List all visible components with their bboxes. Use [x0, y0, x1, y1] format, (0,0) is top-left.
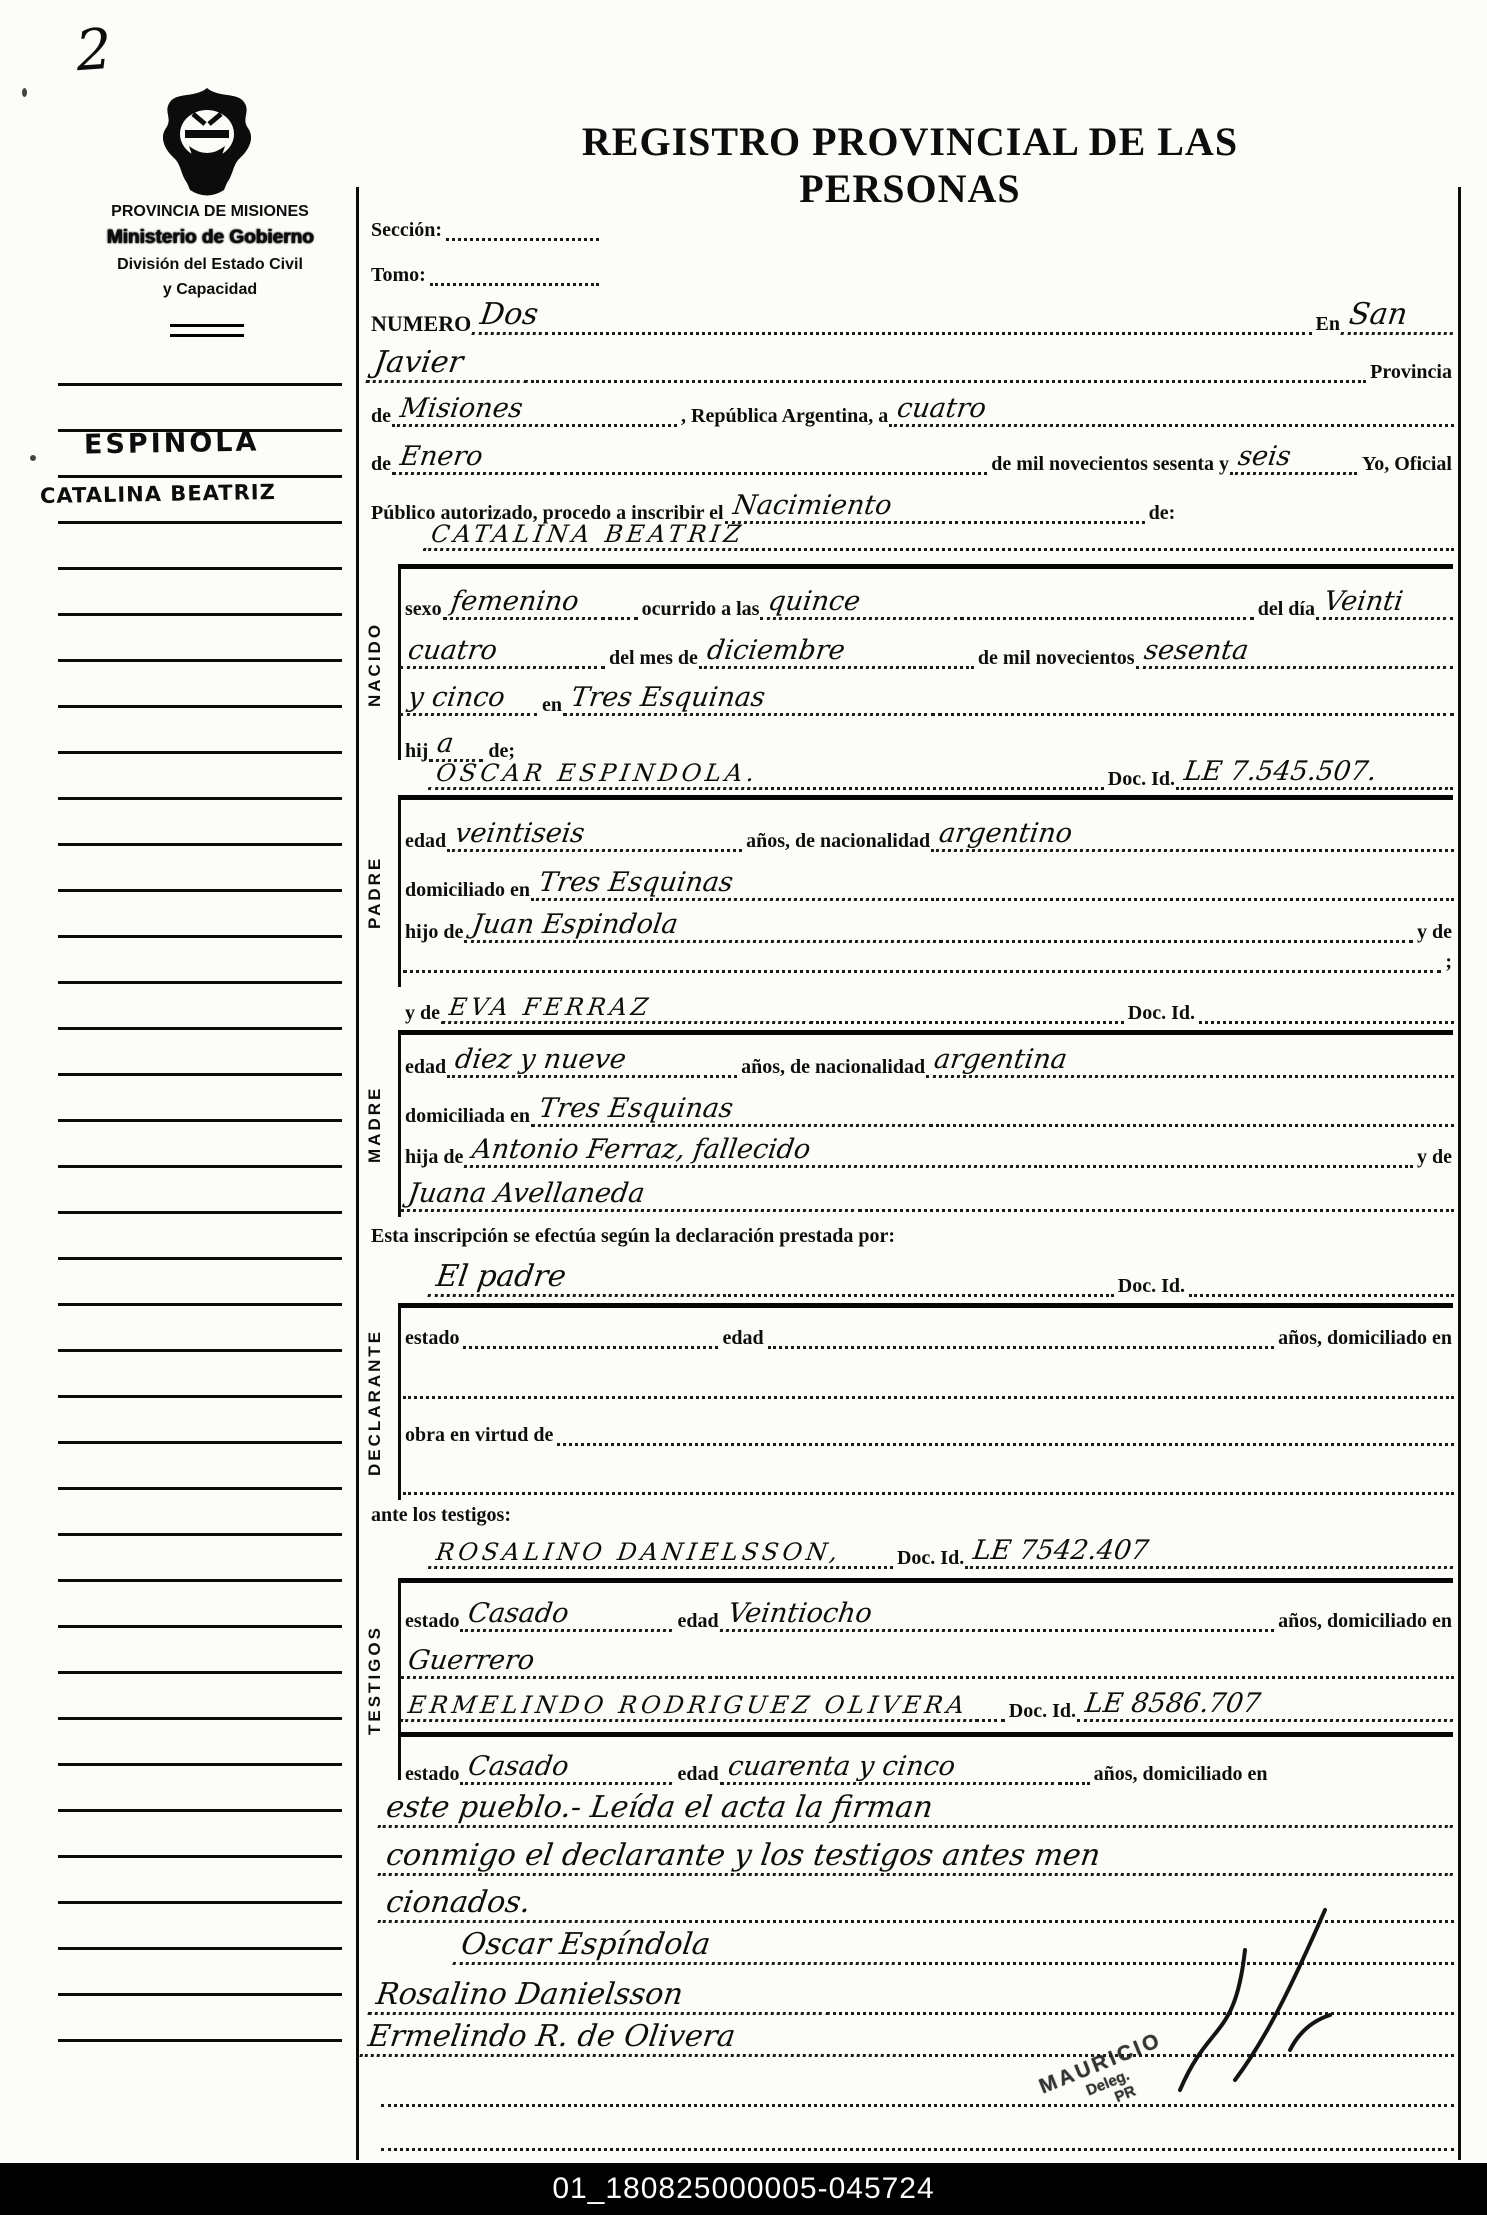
row-closing-2: conmigo el declarante y los testigos ant…	[380, 1841, 1455, 1876]
ink-speck	[30, 455, 36, 461]
month-value: Enero	[392, 443, 558, 475]
fecha-dots	[557, 466, 987, 475]
padre-nac-dots	[1211, 843, 1454, 852]
padre-doc-label: Doc. Id.	[1105, 769, 1178, 790]
row-fecha: de Enero de mil novecientos sesenta y se…	[368, 443, 1455, 475]
en-label: En	[1313, 314, 1343, 335]
madre-abuela: Juana Avellaneda	[400, 1180, 866, 1212]
year-value: seis	[1230, 443, 1361, 475]
day-dots	[1109, 418, 1454, 427]
madre-nac-value: argentina	[926, 1046, 1217, 1078]
row-provincia: de Misiones , República Argentina, a cua…	[368, 395, 1455, 427]
mes-label: del mes de	[606, 648, 701, 669]
hora-value: quince	[760, 588, 961, 620]
signature-witness-1: Rosalino Danielsson	[368, 1980, 835, 2015]
testigos-bracket	[398, 1580, 401, 1780]
madre-dom-label: domiciliada en	[402, 1106, 533, 1127]
letterhead-division2: y Capacidad	[55, 281, 365, 299]
padre-nombre: OSCAR ESPINDOLA.	[428, 761, 766, 790]
padre-hijo-label: hijo de	[402, 922, 466, 943]
act-value: Nacimiento	[724, 492, 955, 524]
scan-footer-bar: 01_180825000005-045724	[0, 2163, 1487, 2215]
declarante-edad-label: edad	[719, 1328, 766, 1349]
margin-given-names: CATALINA BEATRIZ	[40, 480, 276, 508]
row-madre-edad: edad diez y nueve años, de nacionalidad …	[402, 1046, 1455, 1078]
final-blank-2	[381, 2142, 1454, 2151]
closing-line-3: cionados.	[378, 1888, 655, 1923]
dia2-value: cuatro	[400, 637, 576, 669]
testigo2-dom-label: años, domiciliado en	[1091, 1764, 1271, 1785]
testigo1-heavy-rule	[398, 1578, 1453, 1583]
row-testigo1-nombre: ROSALINO DANIELSSON, Doc. Id. LE 7542.40…	[430, 1537, 1455, 1569]
margin-surname: ESPINOLA	[84, 426, 260, 460]
hijo-label: hij	[402, 741, 431, 762]
row-padre-dom: domiciliado en Tres Esquinas	[402, 869, 1455, 901]
mes-dots1	[575, 660, 605, 669]
declarante-estado-blank	[463, 1340, 718, 1349]
row-padre-hijo: hijo de Juan Espindola y de	[402, 911, 1455, 943]
madre-edad-value: diez y nueve	[447, 1046, 698, 1078]
scanned-birth-certificate: 2 PROVINCIA DE MISIONES Ministerio de Go…	[0, 0, 1487, 2215]
hora-dots	[960, 611, 1253, 620]
padre-edad-dots	[697, 843, 742, 852]
de3-label: de:	[1146, 503, 1179, 524]
row-madre-nombre: y de EVA FERRAZ Doc. Id.	[402, 995, 1455, 1024]
seccion-blank	[446, 232, 599, 241]
anio-label: de mil novecientos	[975, 648, 1138, 669]
testigo2-heavy-rule	[398, 1732, 1453, 1737]
place-value-2: Javier	[366, 348, 533, 383]
testigo1-dots	[848, 1560, 893, 1569]
provincia-dots	[547, 418, 677, 427]
madre-dom-dots	[936, 1118, 1454, 1127]
republica-label: , República Argentina, a	[678, 406, 891, 427]
child-name: CATALINA BEATRIZ	[423, 522, 752, 551]
padre-dom-value: Tres Esquinas	[531, 869, 932, 901]
testigo2-dots	[975, 1713, 1005, 1722]
testigo1-doc-value: LE 7542.407	[965, 1537, 1457, 1569]
padre-abuelo: Juan Espindola	[464, 911, 940, 943]
declarante-estado-label: estado	[402, 1328, 462, 1349]
declarante-heavy-rule	[398, 1303, 1453, 1308]
madre-edad-dots	[697, 1069, 737, 1078]
row-nacido-nombre: CATALINA BEATRIZ	[425, 522, 1455, 551]
testigo2-doc-value: LE 8586.707	[1077, 1690, 1457, 1722]
madre-doc-blank	[1199, 1015, 1454, 1024]
mes-value: diciembre	[699, 637, 920, 669]
testigo1-nombre: ROSALINO DANIELSSON,	[428, 1540, 849, 1569]
row-padre-edad: edad veintiseis años, de nacionalidad ar…	[402, 820, 1455, 852]
testigo2-edad-label: edad	[674, 1764, 721, 1785]
testigo1-estado-value: Casado	[460, 1600, 676, 1632]
nacido-heavy-rule	[398, 564, 1453, 569]
row-closing-1: este pueblo.- Leída el acta la firman	[380, 1793, 1455, 1828]
madre-heavy-rule	[398, 1030, 1453, 1035]
madre-abuela-dots	[865, 1203, 1454, 1212]
dia-label: del día	[1255, 599, 1318, 620]
declarante-doc-blank	[1189, 1288, 1454, 1297]
padre-dom-dots	[931, 892, 1454, 901]
padre-hijo-dots	[939, 934, 1413, 943]
padre-nac-label: años, de nacionalidad	[743, 831, 933, 852]
numero-value: Dos	[472, 300, 546, 335]
nombre-dots	[751, 542, 1454, 551]
province-value: Misiones	[392, 395, 548, 427]
year-label: de mil novecientos sesenta y	[988, 454, 1232, 475]
padre-y-de-label: y de	[1414, 922, 1455, 943]
letterhead-division: División del Estado Civil	[55, 256, 365, 274]
form-right-border	[1458, 187, 1461, 2160]
padre-bracket	[398, 797, 401, 987]
dia-value: Veinti	[1316, 588, 1457, 620]
row-padre-abuela: ;	[402, 952, 1455, 973]
madre-doc-label: Doc. Id.	[1125, 1003, 1198, 1024]
madre-hija-dots	[1034, 1159, 1413, 1168]
hora-label: ocurrido a las	[639, 599, 763, 620]
form-title: REGISTRO PROVINCIAL DE LAS PERSONAS	[480, 118, 1340, 212]
declarante-blank1	[403, 1390, 1454, 1399]
lugar-dots	[938, 707, 1454, 716]
declarante-doc-label: Doc. Id.	[1115, 1276, 1188, 1297]
testigo2-estado-value: Casado	[460, 1753, 676, 1785]
row-lugar: y cinco en Tres Esquinas	[402, 684, 1455, 716]
de-label: de	[368, 406, 394, 427]
padre-abuela-dots	[403, 964, 1441, 973]
provincial-crest-icon	[155, 86, 259, 202]
madre-edad-label: edad	[402, 1057, 449, 1078]
testigo2-nombre: ERMELINDO RODRIGUEZ OLIVERA	[400, 1693, 976, 1722]
signature-witness-2: Ermelindo R. de Olivera	[360, 2022, 907, 2057]
madre-nac-dots	[1216, 1069, 1454, 1078]
numero-dots	[545, 326, 1312, 335]
padre-nombre-dots	[765, 781, 1104, 790]
declarante-bracket	[398, 1305, 401, 1500]
testigo1-dom-value: Guerrero	[400, 1647, 716, 1679]
ink-speck	[22, 88, 27, 97]
place2-dots	[531, 374, 1366, 383]
section-label-padre: PADRE	[357, 797, 393, 987]
row-tomo: Tomo:	[368, 265, 600, 286]
row-declarante-estado: estado edad años, domiciliado en	[402, 1328, 1455, 1349]
madre-nac-label: años, de nacionalidad	[738, 1057, 928, 1078]
padre-heavy-rule	[398, 795, 1453, 800]
testigo2-edad-dots	[1065, 1776, 1090, 1785]
declarante-nombre-dots	[723, 1288, 1114, 1297]
testigo2-doc-label: Doc. Id.	[1006, 1701, 1079, 1722]
testigo1-dom-dots	[715, 1670, 1454, 1679]
testigo1-edad-dots	[990, 1623, 1275, 1632]
signature-declarant: Oscar Espíndola	[453, 1930, 900, 1965]
section-label-madre: MADRE	[357, 1032, 393, 1217]
declarante-blank2	[403, 1486, 1454, 1495]
row-testigo1-estado: estado Casado edad Veintiocho años, domi…	[402, 1600, 1455, 1632]
declarante-obra-label: obra en virtud de	[402, 1425, 556, 1446]
declarante-obra-blank	[557, 1437, 1454, 1446]
anio-value: sesenta	[1135, 637, 1457, 669]
declarante-edad-blank	[768, 1340, 1275, 1349]
page-number-handwritten: 2	[74, 17, 114, 84]
tomo-blank	[430, 277, 599, 286]
row-testigo2-estado: estado Casado edad cuarenta y cinco años…	[402, 1753, 1455, 1785]
row-place2: Javier Provincia	[368, 348, 1455, 383]
padre-edad-label: edad	[402, 831, 449, 852]
madre-nombre: EVA FERRAZ	[441, 995, 817, 1024]
anio2-value: y cinco	[400, 684, 541, 716]
row-seccion: Sección:	[368, 220, 600, 241]
row-testigo1-dom: Guerrero	[402, 1647, 1455, 1679]
section-label-declarante: DECLARANTE	[357, 1305, 393, 1500]
row-declarante-blank2	[402, 1486, 1455, 1495]
madre-y-de-label: y de	[402, 1003, 443, 1024]
row-declarante-blank1	[402, 1390, 1455, 1399]
testigos-intro: ante los testigos:	[368, 1505, 514, 1526]
testigo2-estado-label: estado	[402, 1764, 462, 1785]
madre-bracket	[398, 1032, 401, 1217]
de2-label: de	[368, 454, 394, 475]
sexo-dots	[608, 611, 638, 620]
scan-footer-code: 01_180825000005-045724	[552, 2172, 934, 2206]
madre-dom-value: Tres Esquinas	[531, 1095, 937, 1127]
provincia-label: Provincia	[1367, 362, 1455, 383]
letterhead-org: PROVINCIA DE MISIONES	[55, 203, 365, 221]
row-testigo2-nombre: ERMELINDO RODRIGUEZ OLIVERA Doc. Id. LE …	[402, 1690, 1455, 1722]
lugar-value: Tres Esquinas	[563, 684, 939, 716]
madre-hija-label: hija de	[402, 1147, 466, 1168]
mes-dots2	[919, 660, 974, 669]
padre-doc-value: LE 7.545.507.	[1176, 758, 1457, 790]
sexo-value: femenino	[442, 588, 608, 620]
padre-nac-value: argentino	[931, 820, 1212, 852]
padre-edad-value: veintiseis	[447, 820, 698, 852]
madre-nombre-dots	[816, 1015, 1124, 1024]
sexo-label: sexo	[402, 599, 445, 620]
numero-label: NUMERO	[368, 312, 474, 335]
row-declarante-nombre: El padre Doc. Id.	[430, 1262, 1455, 1297]
row-madre-dom: domiciliada en Tres Esquinas	[402, 1095, 1455, 1127]
declarante-dom-label: años, domiciliado en	[1275, 1328, 1455, 1349]
testigo1-edad-label: edad	[674, 1611, 721, 1632]
testigo1-doc-label: Doc. Id.	[894, 1548, 967, 1569]
row-mes: cuatro del mes de diciembre de mil novec…	[402, 637, 1455, 669]
section-label-nacido: NACIDO	[357, 568, 393, 760]
madre-abuelo: Antonio Ferraz, fallecido	[464, 1136, 1035, 1168]
padre-semicolon: ;	[1442, 952, 1455, 973]
row-numero: NUMERO Dos En San	[368, 300, 1455, 335]
tomo-label: Tomo:	[368, 265, 429, 286]
day-value: cuatro	[889, 395, 1110, 427]
row-madre-abuela: Juana Avellaneda	[402, 1180, 1455, 1212]
en-lugar-label: en	[539, 695, 565, 716]
row-padre-nombre: OSCAR ESPINDOLA. Doc. Id. LE 7.545.507.	[430, 758, 1455, 790]
place-value-1: San	[1341, 300, 1458, 335]
section-label-testigos: TESTIGOS	[357, 1580, 393, 1780]
letterhead-ministry: Ministerio de Gobierno	[55, 227, 365, 249]
row-sexo: sexo femenino ocurrido a las quince del …	[402, 588, 1455, 620]
inscripcion-statement: Esta inscripción se efectúa según la dec…	[368, 1226, 898, 1247]
closing-line-1: este pueblo.- Leída el acta la firman	[378, 1793, 1458, 1828]
letterhead-divider	[170, 324, 244, 337]
testigo1-dom-label: años, domiciliado en	[1275, 1611, 1455, 1632]
testigo1-estado-label: estado	[402, 1611, 462, 1632]
testigo1-edad-value: Veintiocho	[719, 1600, 990, 1632]
margin-ruled-lines	[58, 383, 342, 2051]
testigo2-edad-value: cuarenta y cinco	[719, 1753, 1065, 1785]
padre-dom-label: domiciliado en	[402, 880, 533, 901]
row-madre-hija: hija de Antonio Ferraz, fallecido y de	[402, 1136, 1455, 1168]
row-blank-final-2	[380, 2142, 1455, 2151]
row-declarante-obra: obra en virtud de	[402, 1425, 1455, 1446]
yo-oficial-label: Yo, Oficial	[1359, 454, 1455, 475]
madre-y-de2-label: y de	[1414, 1147, 1455, 1168]
seccion-label: Sección:	[368, 220, 445, 241]
declarante-nombre: El padre	[428, 1262, 725, 1297]
closing-line-2: conmigo el declarante y los testigos ant…	[378, 1841, 1458, 1876]
